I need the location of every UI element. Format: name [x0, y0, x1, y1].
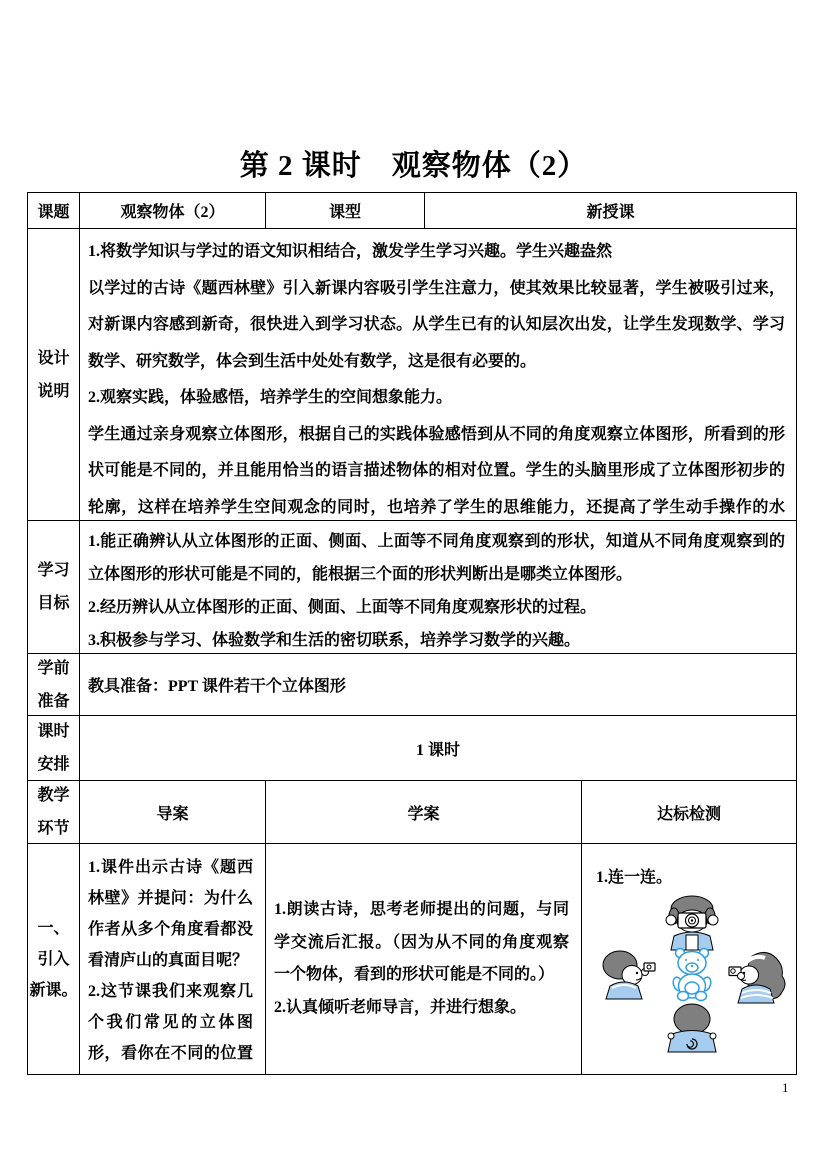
document-page: 第 2 课时 观察物体（2） 课题 观察物体（2） 课型 新授课 设计 说明 1…: [0, 0, 827, 1169]
schedule-label-cell: 课时 安排: [28, 716, 80, 780]
table-row-learning-goals: 学习 目标 1.能正确辨认从立体图形的正面、侧面、上面等不同角度观察到的形状，知…: [28, 521, 796, 654]
boy-camera-left-icon: [603, 951, 655, 999]
preparation-label-line: 学前: [37, 654, 69, 685]
guide-content-cell: 1.课件出示古诗《题西林壁》并提问：为什么作者从多个角度看都没看清庐山的真面目呢…: [80, 844, 266, 1074]
study-content-cell: 1.朗读古诗，思考老师提出的问题，与同学交流后汇报。（因为从不同的角度观察一个物…: [266, 844, 582, 1074]
design-paragraph: 以学过的古诗《题西林壁》引入新课内容吸引学生注意力，使其效果比较显著，学生被吸引…: [88, 271, 785, 381]
schedule-label-line: 安排: [37, 748, 69, 780]
design-notes-content-cell: 1.将数学知识与学过的语文知识相结合，激发学生学习兴趣。学生兴趣盎然 以学过的古…: [80, 229, 796, 520]
design-paragraph: 1.将数学知识与学过的语文知识相结合，激发学生学习兴趣。学生兴趣盎然: [88, 234, 785, 271]
lesson-plan-table: 课题 观察物体（2） 课型 新授课 设计 说明 1.将数学知识与学过的语文知识相…: [27, 192, 797, 1075]
guide-item: 2.这节课我们来观察几个我们常见的立体图形，看你在不同的位置会看: [88, 976, 253, 1074]
table-row-preparation: 学前 准备 教具准备：PPT 课件若干个立体图形: [28, 654, 796, 716]
topic-label-cell: 课题: [28, 193, 80, 228]
learning-goals-label-line: 学习: [37, 554, 69, 587]
course-type-label-cell: 课型: [266, 193, 425, 228]
column-header-guide: 导案: [80, 781, 266, 843]
stage-label-line: 引入: [37, 944, 69, 975]
learning-goals-label-line: 目标: [37, 587, 69, 620]
design-notes-label-line: 设计: [37, 342, 69, 375]
schedule-label-line: 课时: [37, 716, 69, 748]
child-back-icon: [668, 1004, 716, 1052]
stage-label-line: 新课。: [29, 975, 77, 1006]
teddy-bear-icon: [672, 949, 713, 1001]
course-type-value-cell: 新授课: [425, 193, 796, 228]
design-notes-label-cell: 设计 说明: [28, 229, 80, 520]
guide-item: 1.课件出示古诗《题西林壁》并提问：为什么作者从多个角度看都没看清庐山的真面目呢…: [88, 852, 253, 976]
stage-header-label-line: 环节: [37, 812, 69, 843]
learning-goals-label-cell: 学习 目标: [28, 521, 80, 653]
design-paragraph: 2.观察实践，体验感悟，培养学生的空间想象能力。: [88, 380, 785, 417]
table-row-topic: 课题 观察物体（2） 课型 新授课: [28, 193, 796, 229]
check-item-label: 1.连一连。: [596, 868, 792, 888]
study-item: 1.朗读古诗，思考老师提出的问题，与同学交流后汇报。（因为从不同的角度观察一个物…: [274, 894, 569, 992]
stage-header-label-line: 教学: [37, 781, 69, 812]
design-notes-label-line: 说明: [37, 375, 69, 408]
table-row-stage-intro: 一、 引入 新课。 1.课件出示古诗《题西林壁》并提问：为什么作者从多个角度看都…: [28, 844, 796, 1074]
topic-value-cell: 观察物体（2）: [80, 193, 266, 228]
page-number: 1: [782, 1080, 789, 1096]
page-title: 第 2 课时 观察物体（2）: [0, 143, 827, 184]
girl-camera-right-icon: [729, 952, 785, 1003]
schedule-content-cell: 1 课时: [80, 716, 796, 780]
stage-label-line: 一、: [37, 913, 69, 944]
preparation-label-cell: 学前 准备: [28, 654, 80, 715]
table-row-stage-header: 教学 环节 导案 学案 达标检测: [28, 781, 796, 844]
observe-teddy-illustration: [592, 892, 796, 1057]
column-header-study: 学案: [266, 781, 582, 843]
table-row-schedule: 课时 安排 1 课时: [28, 716, 796, 781]
goal-item: 3.积极参与学习、体验数学和生活的密切联系，培养学习数学的兴趣。: [88, 624, 785, 653]
table-row-design-notes: 设计 说明 1.将数学知识与学过的语文知识相结合，激发学生学习兴趣。学生兴趣盎然…: [28, 229, 796, 521]
stage-header-label-cell: 教学 环节: [28, 781, 80, 843]
goal-item: 2.经历辨认从立体图形的正面、侧面、上面等不同角度观察形状的过程。: [88, 591, 785, 624]
check-content-cell: 1.连一连。: [582, 844, 796, 1074]
goal-item: 1.能正确辨认从立体图形的正面、侧面、上面等不同角度观察到的形状，知道从不同角度…: [88, 525, 785, 591]
learning-goals-content-cell: 1.能正确辨认从立体图形的正面、侧面、上面等不同角度观察到的形状，知道从不同角度…: [80, 521, 796, 653]
preparation-label-line: 准备: [37, 685, 69, 716]
stage-label-cell: 一、 引入 新课。: [28, 844, 80, 1074]
column-header-check: 达标检测: [582, 781, 796, 843]
preparation-content-cell: 教具准备：PPT 课件若干个立体图形: [80, 654, 796, 715]
design-paragraph: 学生通过亲身观察立体图形，根据自己的实践体验感悟到从不同的角度观察立体图形，所看…: [88, 417, 785, 521]
study-item: 2.认真倾听老师导言，并进行想象。: [274, 992, 569, 1025]
boy-camera-front-icon: [666, 896, 718, 950]
